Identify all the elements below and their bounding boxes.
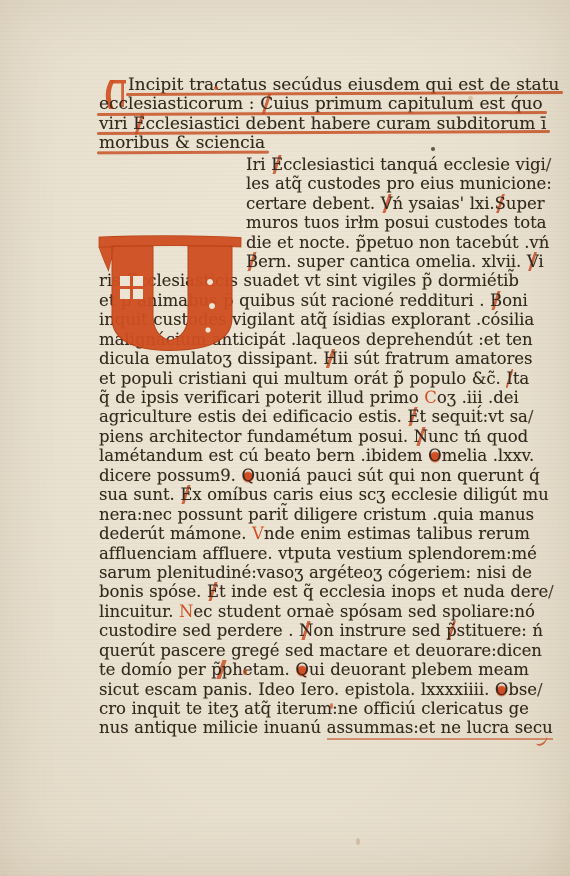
text-segment: melia .lxxv. <box>442 446 535 465</box>
rubricated-capital: E <box>133 114 145 134</box>
text-segment: sarum plenitudiné:vasoʒ argéteoʒ cógerie… <box>99 563 532 582</box>
text-segment: et populi cristiani qui multum orát p̃ p… <box>99 369 506 388</box>
text-segment: unc tń quod <box>428 427 528 446</box>
text-segment: q̃ de ipsis verificari poterit illud pri… <box>99 388 424 407</box>
text-segment: les atq̃ custodes pro eius municione: <box>246 174 552 193</box>
text-segment: ∕ <box>546 155 552 174</box>
text-segment: oʒ .iii .dei <box>437 388 519 407</box>
text-line: viri Ecclesiastici debent habere curam s… <box>99 115 546 134</box>
text-segment: die et nocte. p̃petuo non tacebút .vń <box>246 233 549 252</box>
rubricated-capital: V <box>527 252 539 271</box>
text-segment: affluenciam affluere. vtputa vestium spl… <box>99 544 537 563</box>
rubricated-capital: N <box>179 602 193 621</box>
text-line: agriculture estis dei edificacio estis. … <box>99 407 525 426</box>
rubricated-capital: B <box>490 291 502 310</box>
text-segment: moribus & sciencia <box>99 133 265 153</box>
text-segment: cro inquit te iteʒ atq̃ iterum:ne offici… <box>99 699 529 718</box>
text-segment: ∕ <box>528 407 534 426</box>
text-segment: te domío per <box>99 660 211 679</box>
text-segment: lincuitur. <box>99 602 179 621</box>
rubricated-capital: S <box>495 194 506 213</box>
text-segment: uius primum capitulum est q́uo <box>273 94 542 114</box>
text-segment: cclesiastici tanquá ecclesie vigi <box>283 155 546 174</box>
rubricated-capital: V <box>381 194 393 213</box>
text-line: ecclesiasticorum : Cuius primum capitulu… <box>99 95 543 114</box>
text-segment: i <box>538 252 543 271</box>
text-line: Incipit tractatus secúdus eiusdem qui es… <box>99 76 559 95</box>
text-segment: nde enim estimas talibus rerum <box>264 524 530 543</box>
text-segment: nus antique milicie inuanú <box>99 718 327 737</box>
rubricated-capital: C <box>424 388 437 407</box>
text-segment: bse <box>508 680 537 699</box>
rubricated-capital: E <box>180 485 192 504</box>
text-line: custodire sed perdere . Non instrure sed… <box>99 621 525 640</box>
rubricated-capital: p̃ <box>446 621 457 640</box>
rubricated-capital: C <box>260 94 273 114</box>
header-lines: Incipit tractatus secúdus eiusdem qui es… <box>99 76 525 154</box>
text-line: piens architector fundamétum posui. Nunc… <box>99 427 525 446</box>
rubricated-capital: Q <box>241 466 254 485</box>
incipit-header: Incipit tractatus secúdus eiusdem qui es… <box>99 76 525 154</box>
text-segment: custodire sed perdere . <box>99 621 299 640</box>
text-segment: t sequit́:vt sa <box>419 407 527 426</box>
rubricated-capital: O <box>495 680 508 699</box>
text-line: nus antique milicie inuanú assummas:et n… <box>99 718 525 737</box>
text-segment: certare debent. <box>246 194 381 213</box>
text-line: lincuitur. Nec student ornaè spósam sed … <box>99 602 525 621</box>
rubricated-capital: E <box>271 155 283 174</box>
text-segment: agriculture estis dei edificacio estis. <box>99 407 407 426</box>
text-segment: piens architector fundamétum posui. <box>99 427 414 446</box>
text-line: affluenciam affluere. vtputa vestium spl… <box>99 544 525 563</box>
text-segment: sicut escam panis. Ideo Iero. epistola. … <box>99 680 495 699</box>
text-segment: muros tuos irłm posui custodes tota <box>246 213 546 232</box>
text-line: sarum plenitudiné:vasoʒ argéteoʒ cógerie… <box>99 563 525 582</box>
text-segment: assummas:et ne lucra secu <box>327 718 553 740</box>
rubricated-capital: B <box>246 252 258 271</box>
text-line: muros tuos irłm posui custodes tota <box>99 213 525 232</box>
text-line: sicut escam panis. Ideo Iero. epistola. … <box>99 680 525 699</box>
rubricated-capital: N <box>414 427 428 446</box>
text-segment: ń ysaias' lxi. <box>393 194 495 213</box>
text-segment: ecclesiasticorum : <box>99 94 260 114</box>
text-segment: ern. super cantica omelia. xlvii. <box>258 252 527 271</box>
text-line: certare debent. Vń ysaias' lxi.Super <box>99 194 525 213</box>
text-line: et populi cristiani qui multum orát p̃ p… <box>99 369 525 388</box>
book-page: Incipit tractatus secúdus eiusdem qui es… <box>0 0 570 876</box>
text-line: moribus & sciencia <box>99 134 265 153</box>
text-segment: dicere possum9. <box>99 466 241 485</box>
text-segment: viri <box>99 114 133 134</box>
text-segment: querút pascere gregé sed mactare et deuo… <box>99 641 542 660</box>
text-line: dederút mámone. Vnde enim estimas talibu… <box>99 524 525 543</box>
rubricated-capital: V <box>252 524 264 543</box>
text-segment: on instrure sed <box>313 621 446 640</box>
text-line: q̃ de ipsis verificari poterit illud pri… <box>99 388 525 407</box>
text-segment: Iri <box>246 155 271 174</box>
text-line: Iri Ecclesiastici tanquá ecclesie vigi∕ <box>99 155 525 174</box>
text-segment: t inde est q̃ ecclesia inops et nuda der… <box>219 582 548 601</box>
text-block: Incipit tractatus secúdus eiusdem qui es… <box>99 76 525 738</box>
body-text: Iri Ecclesiastici tanquá ecclesie vigi∕l… <box>99 155 525 738</box>
text-segment: hetam. <box>232 660 295 679</box>
text-segment: ta <box>513 369 529 388</box>
text-segment: ui deuorant plebem meam <box>309 660 529 679</box>
rubricated-capital: H <box>323 349 337 368</box>
text-segment: ec student ornaè spósam sed spoliare:nó <box>193 602 534 621</box>
text-line: nera:nec possunt parit̃ diligere cristum… <box>99 505 525 524</box>
text-line: les atq̃ custodes pro eius municione: <box>99 174 525 193</box>
text-segment: oni <box>502 291 528 310</box>
text-segment: ∕ <box>537 680 543 699</box>
rubricated-capital: O <box>428 446 441 465</box>
text-segment: uoniá pauci sút qui non querunt q́ <box>255 466 540 485</box>
text-line: querút pascere gregé sed mactare et deuo… <box>99 641 525 660</box>
text-segment: stituere: ń <box>457 621 543 640</box>
rubricated-capital: p̃p <box>211 660 232 679</box>
text-segment: ∕ <box>548 582 554 601</box>
text-line: sua sunt. Ex omíbus caris eius scʒ eccle… <box>99 485 525 504</box>
text-line: bonis spóse. Et inde est q̃ ecclesia ino… <box>99 582 525 601</box>
rubricated-capital: E <box>407 407 419 426</box>
text-segment: sua sunt. <box>99 485 180 504</box>
text-line: dicere possum9. Quoniá pauci sút qui non… <box>99 466 525 485</box>
text-segment: x omíbus caris eius scʒ ecclesie diligút… <box>192 485 548 504</box>
text-line: te domío per p̃phetam. Qui deuorant pleb… <box>99 660 525 679</box>
rubricated-capital: Q <box>295 660 308 679</box>
text-segment: ii sút fratrum amatores <box>338 349 533 368</box>
text-segment: uper <box>506 194 545 213</box>
text-line: cro inquit te iteʒ atq̃ iterum:ne offici… <box>99 699 525 718</box>
text-segment: cclesiastici debent habere curam subdito… <box>146 114 547 134</box>
text-segment: nera:nec possunt parit̃ diligere cristum… <box>99 505 534 524</box>
text-segment: dederút mámone. <box>99 524 252 543</box>
text-segment: lamétandum est cú beato bern .ibidem <box>99 446 428 465</box>
text-line: lamétandum est cú beato bern .ibidem Ome… <box>99 446 525 465</box>
rubricated-capital: E <box>207 582 219 601</box>
illuminated-initial-icon <box>97 234 243 354</box>
text-segment: bonis spóse. <box>99 582 207 601</box>
text-segment: Incipit tractatus secúdus eiusdem qui es… <box>128 75 559 95</box>
rubricated-capital: N <box>299 621 313 640</box>
foxing-spot <box>356 838 360 845</box>
